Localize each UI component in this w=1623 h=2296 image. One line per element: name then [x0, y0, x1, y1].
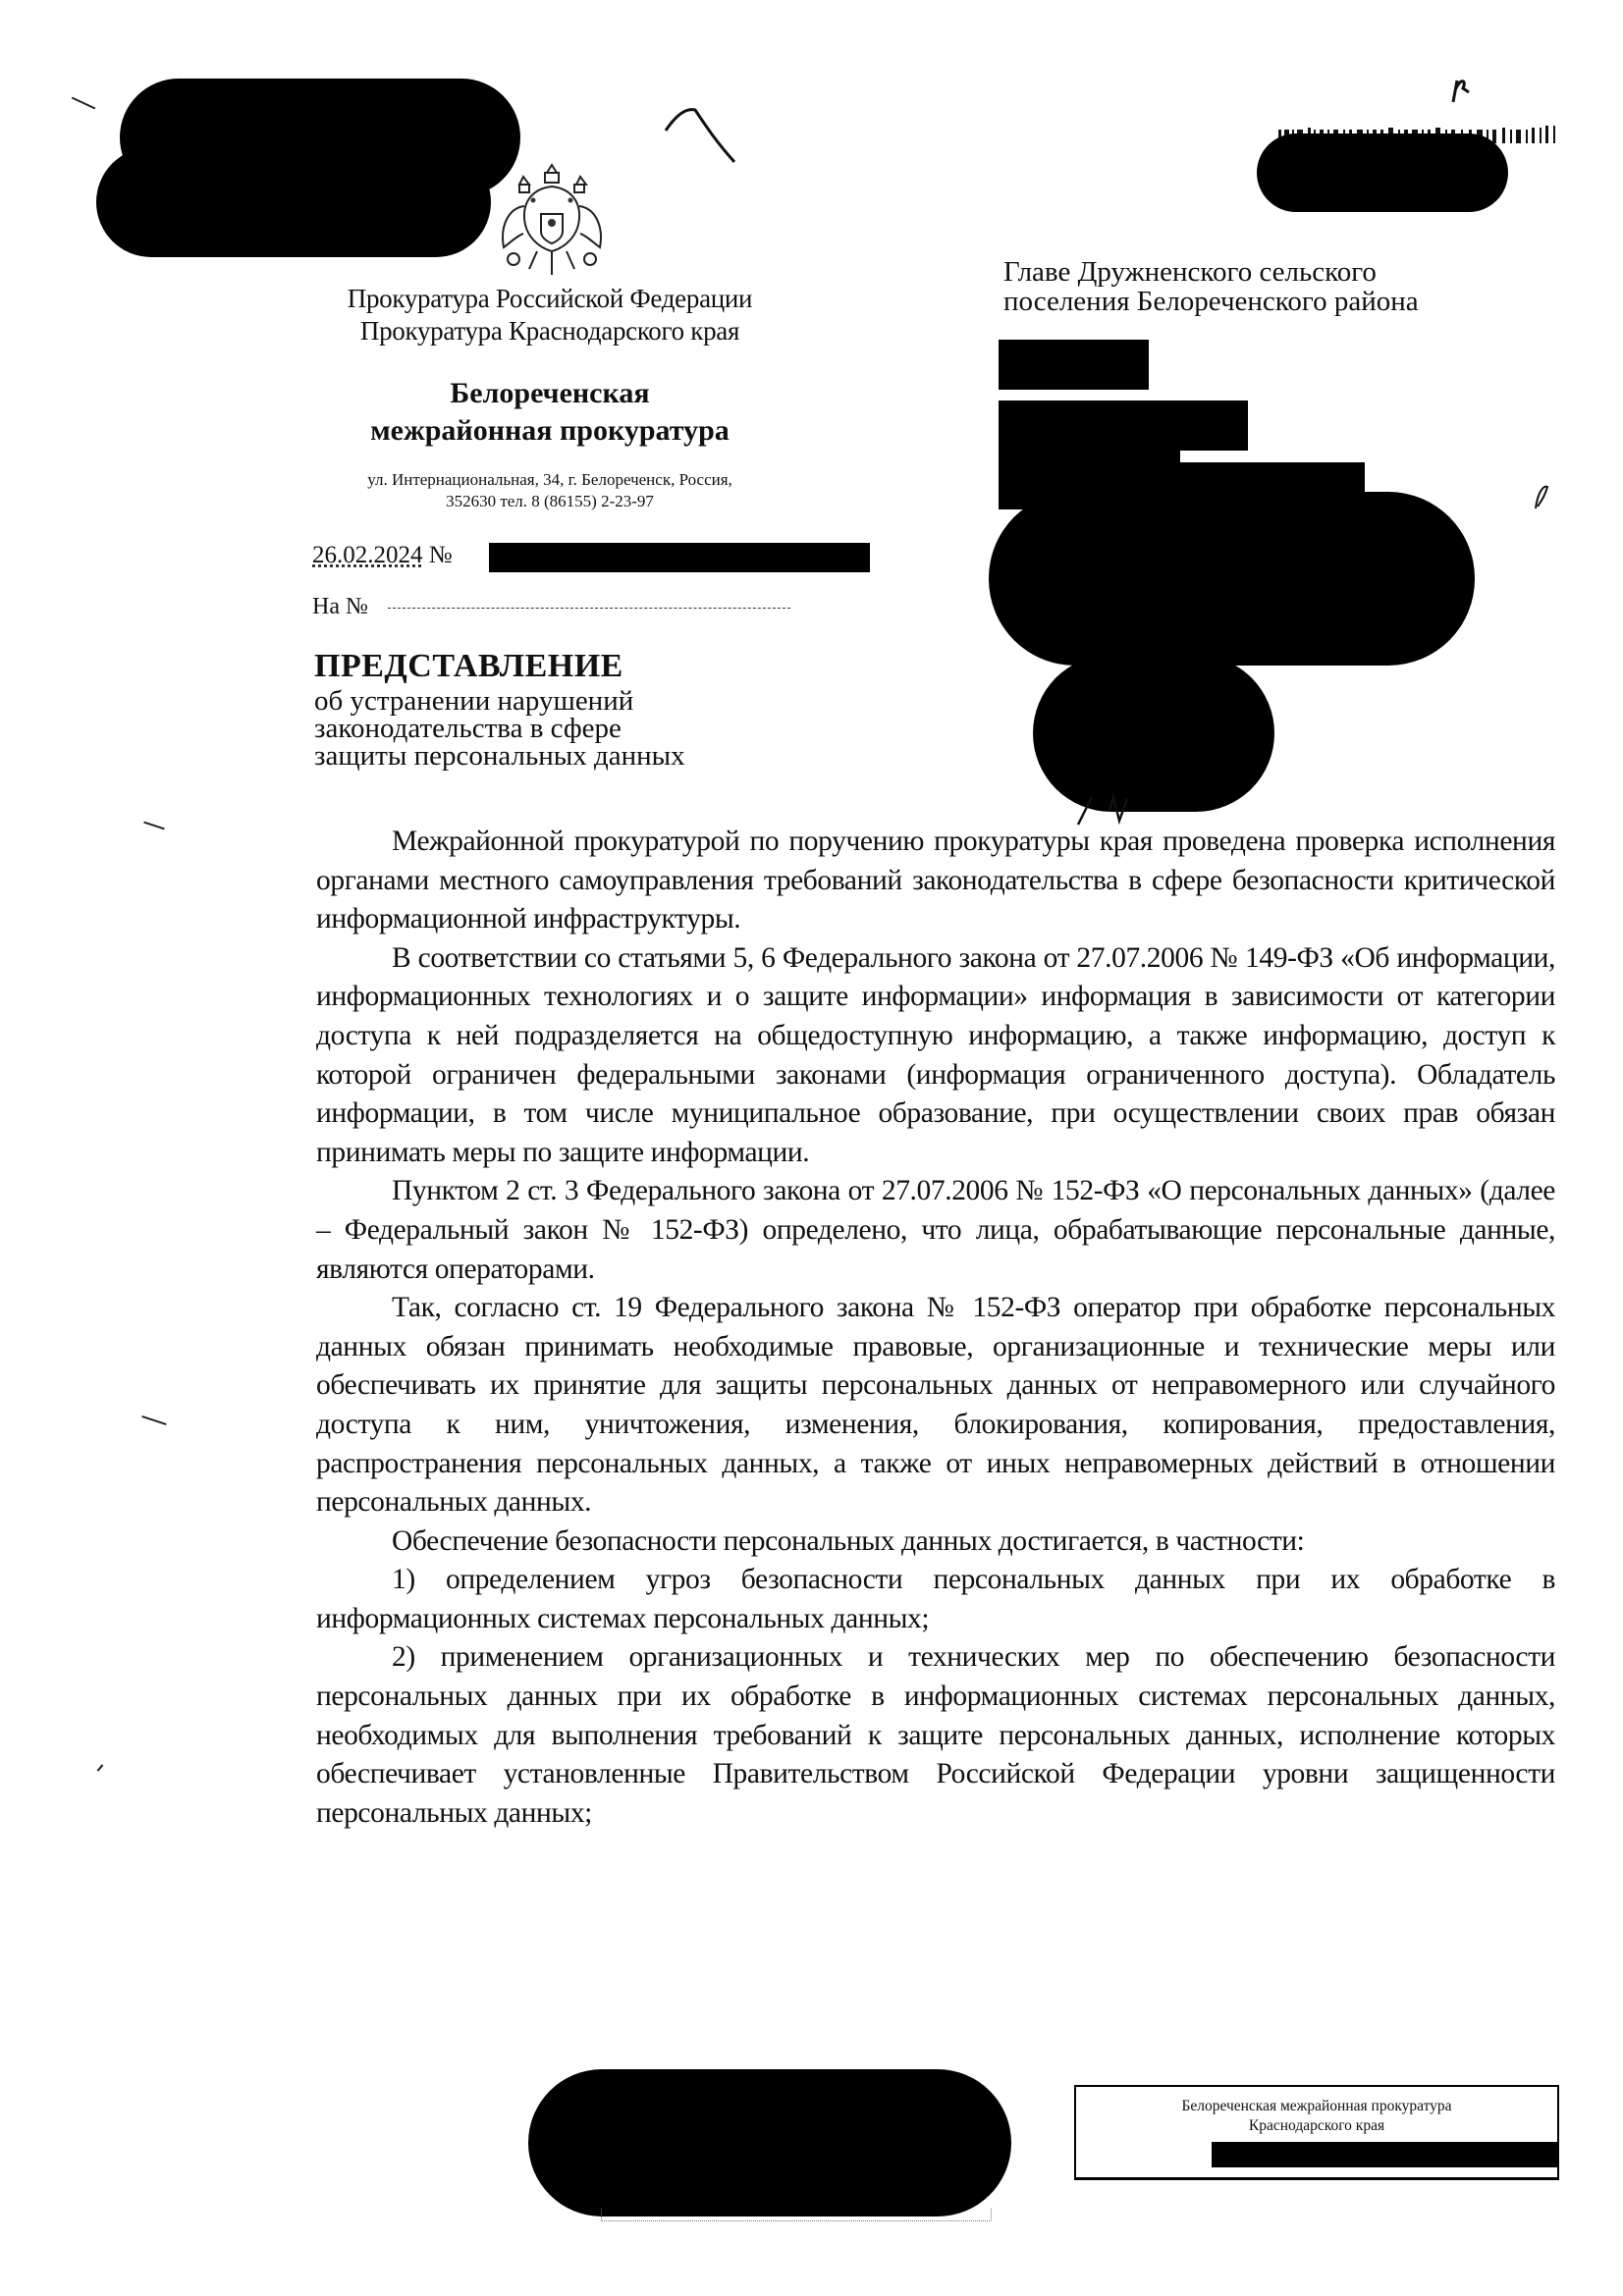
- org-line-federal: Прокуратура Российской Федерации: [295, 283, 805, 315]
- reply-reference-line: На №: [312, 594, 790, 620]
- registration-date-line: 26.02.2024 №: [312, 542, 453, 569]
- body-paragraph: Межрайонной прокуратурой по поручению пр…: [316, 823, 1555, 939]
- scan-mark: [141, 1415, 166, 1425]
- registration-date: 26.02.2024: [312, 542, 423, 568]
- office-name: Белореченская межрайонная прокуратура: [295, 375, 805, 450]
- handwritten-signature-icon: [1074, 791, 1143, 827]
- handwritten-mark-icon: [663, 98, 741, 177]
- document-type-title: ПРЕДСТАВЛЕНИЕ: [314, 648, 623, 685]
- reply-number-blank: [388, 608, 790, 609]
- body-paragraph: Пунктом 2 ст. 3 Федерального закона от 2…: [316, 1172, 1555, 1289]
- document-body: Межрайонной прокуратурой по поручению пр…: [316, 823, 1555, 1833]
- subject-line-3: защиты персональных данных: [314, 742, 805, 770]
- body-paragraph: В соответствии со статьями 5, 6 Федераль…: [316, 939, 1555, 1173]
- body-list-item: 1) определением угроз безопасности персо…: [316, 1561, 1555, 1638]
- stamp-text: Белореченская межрайонная прокуратура Кр…: [1076, 2097, 1557, 2136]
- number-label: №: [429, 542, 453, 568]
- scan-mark: [97, 1764, 104, 1771]
- stamp-line-2: Краснодарского края: [1076, 2116, 1557, 2136]
- office-name-line-1: Белореченская: [295, 375, 805, 412]
- handwritten-initial-icon: [1447, 71, 1475, 104]
- redaction-reg-number: [489, 543, 870, 572]
- scan-mark: [72, 97, 95, 110]
- address-line-1: ул. Интернациональная, 34, г. Белореченс…: [295, 469, 805, 491]
- addressee: Главе Дружненского сельского поселения Б…: [1003, 257, 1593, 316]
- receipt-stamp: Белореченская межрайонная прокуратура Кр…: [1074, 2085, 1559, 2180]
- redaction-top-left-2: [96, 147, 491, 257]
- prosecutor-office-hierarchy: Прокуратура Российской Федерации Прокура…: [295, 283, 805, 347]
- addressee-line-2: поселения Белореченского района: [1003, 287, 1593, 316]
- redaction-stamp-number: [1212, 2142, 1557, 2167]
- redaction-addressee-extra: [1033, 655, 1274, 812]
- handwritten-mark-right-icon: [1532, 481, 1551, 510]
- redaction-addressee-name: [999, 340, 1149, 390]
- document-subject: об устранении нарушений законодательства…: [314, 687, 805, 770]
- redaction-addressee-line-2: [999, 400, 1248, 451]
- scan-artifact-strip: [601, 2209, 992, 2221]
- scan-mark: [143, 822, 165, 830]
- address-line-2: 352630 тел. 8 (86155) 2-23-97: [295, 491, 805, 512]
- stamp-line-1: Белореченская межрайонная прокуратура: [1076, 2097, 1557, 2116]
- redaction-top-right: [1257, 133, 1508, 212]
- body-paragraph: Так, согласно ст. 19 Федерального закона…: [316, 1289, 1555, 1522]
- redaction-addressee-address: [989, 492, 1475, 666]
- office-address: ул. Интернациональная, 34, г. Белореченс…: [295, 469, 805, 512]
- subject-line-1: об устранении нарушений: [314, 687, 805, 715]
- coat-of-arms-icon: [494, 157, 610, 283]
- subject-line-2: законодательства в сфере: [314, 715, 805, 742]
- body-list-item: 2) применением организационных и техниче…: [316, 1638, 1555, 1833]
- org-line-regional: Прокуратура Краснодарского края: [295, 315, 805, 347]
- reply-label: На №: [312, 594, 368, 619]
- addressee-line-1: Главе Дружненского сельского: [1003, 257, 1593, 287]
- redaction-bottom-signature: [528, 2069, 1011, 2216]
- body-paragraph: Обеспечение безопасности персональных да…: [316, 1522, 1555, 1562]
- office-name-line-2: межрайонная прокуратура: [295, 412, 805, 450]
